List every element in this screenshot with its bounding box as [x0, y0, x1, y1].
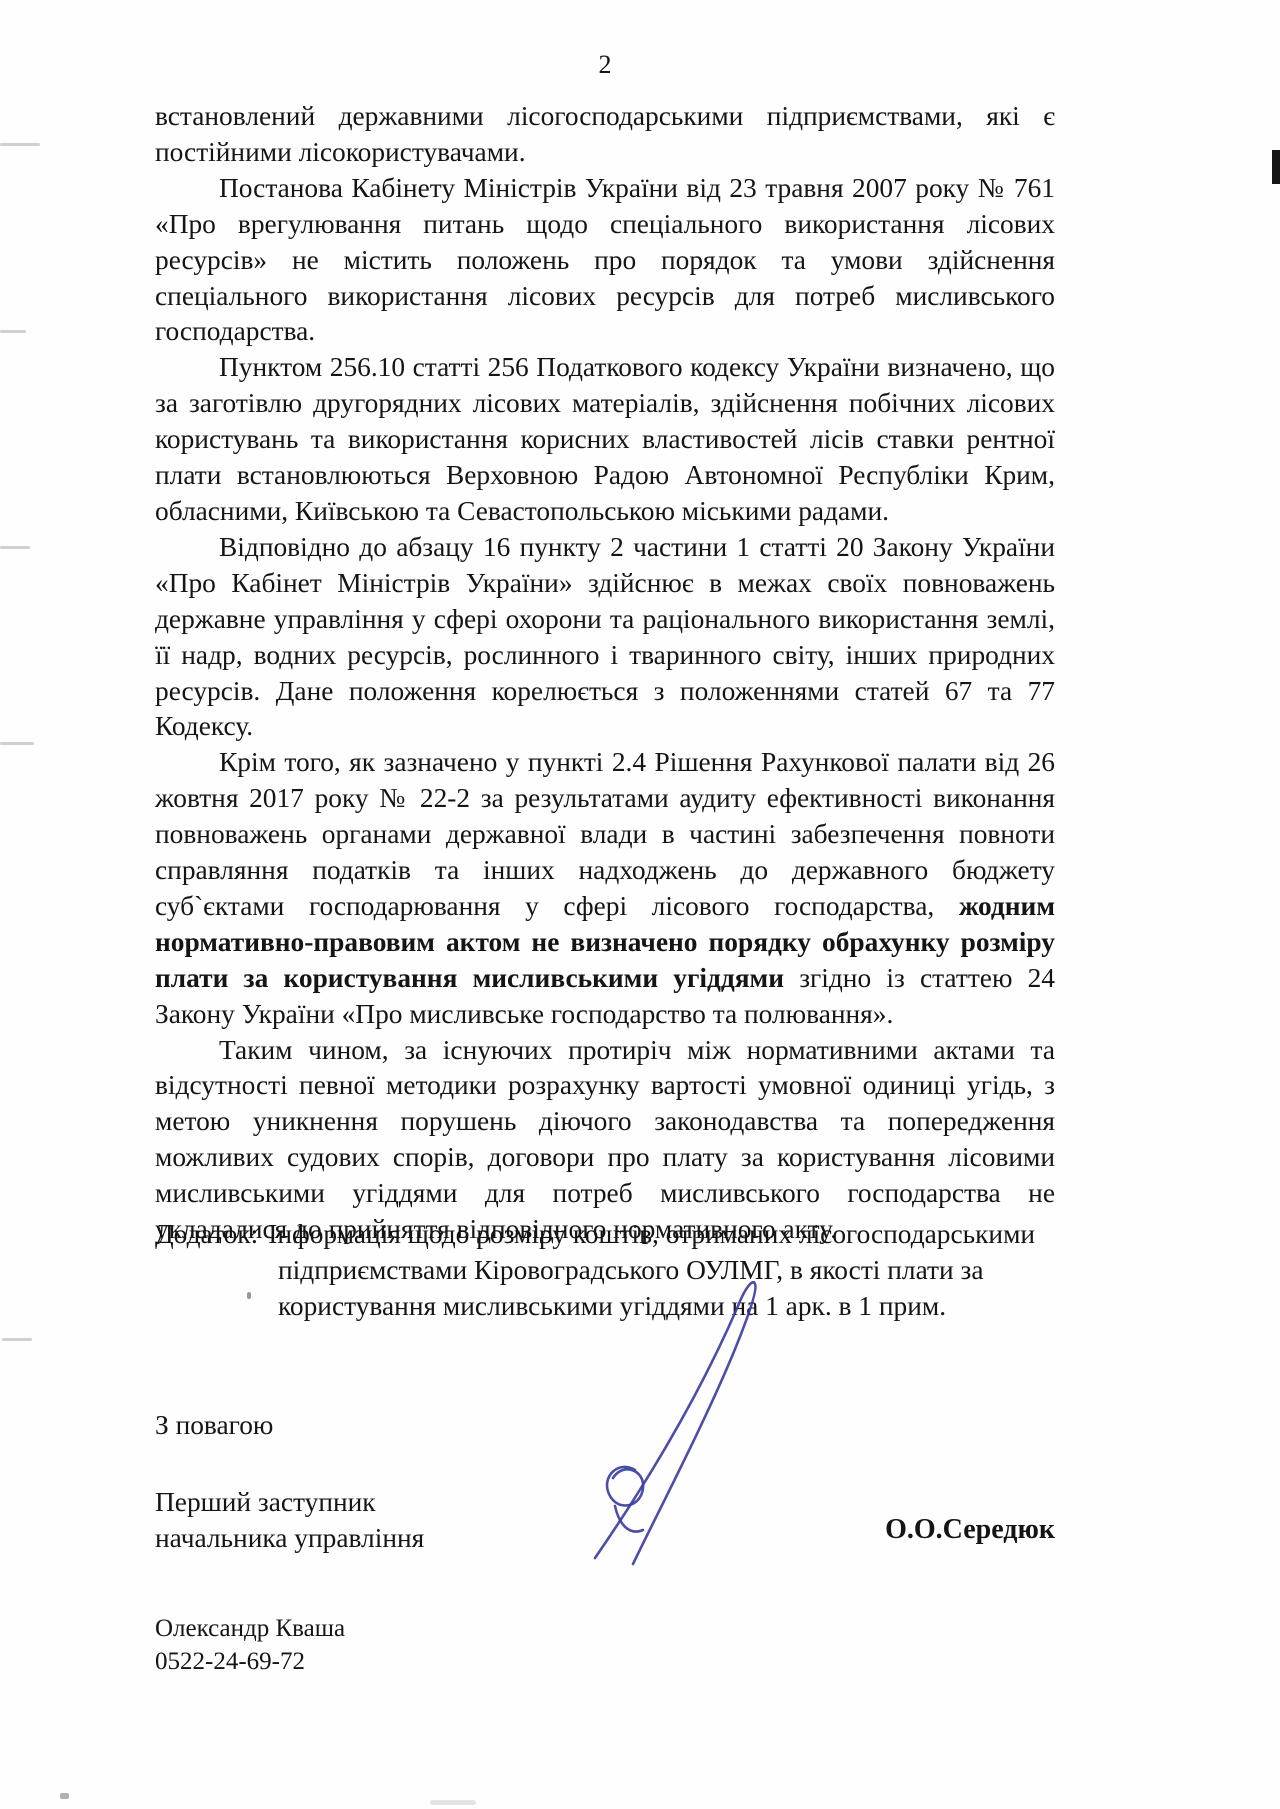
closing-regards: З повагою	[155, 1410, 273, 1441]
page-number: 2	[155, 50, 1055, 80]
executor-block: Олександр Кваша 0522-24-69-72	[155, 1612, 345, 1678]
paragraph-text: Крім того, як зазначено у пункті 2.4 Ріш…	[155, 747, 1055, 921]
document-body: встановлений державними лісогосподарськи…	[155, 99, 1055, 1248]
scan-artifact-dash	[0, 546, 30, 549]
paragraph: Постанова Кабінету Міністрів України від…	[155, 171, 1055, 351]
paragraph: встановлений державними лісогосподарськи…	[155, 99, 1055, 171]
scan-artifact-edge-mark	[1272, 150, 1280, 184]
paragraph: Відповідно до абзацу 16 пункту 2 частини…	[155, 530, 1055, 745]
scan-artifact-speck	[247, 1292, 251, 1299]
signer-name: О.О.Середюк	[155, 1514, 1055, 1546]
scan-artifact-speck	[60, 1793, 69, 1799]
paragraph: Крім того, як зазначено у пункті 2.4 Ріш…	[155, 745, 1055, 1032]
attachment-line: Додаток:Інформація щодо розміру коштів, …	[155, 1216, 1085, 1252]
scanned-document-page: 2 встановлений державними лісогосподарсь…	[0, 0, 1280, 1809]
executor-phone: 0522-24-69-72	[155, 1645, 345, 1678]
executor-name: Олександр Кваша	[155, 1612, 345, 1645]
scan-artifact-dash	[2, 1338, 32, 1341]
scan-artifact-dash	[0, 330, 26, 333]
scan-artifact-dash	[0, 143, 40, 146]
paragraph: Пунктом 256.10 статті 256 Податкового ко…	[155, 350, 1055, 530]
attachment-text: Інформація щодо розміру коштів, отримани…	[268, 1219, 1035, 1249]
attachment-label: Додаток:	[155, 1219, 268, 1249]
scan-artifact-speck	[430, 1800, 476, 1805]
scan-artifact-dash	[0, 742, 34, 745]
